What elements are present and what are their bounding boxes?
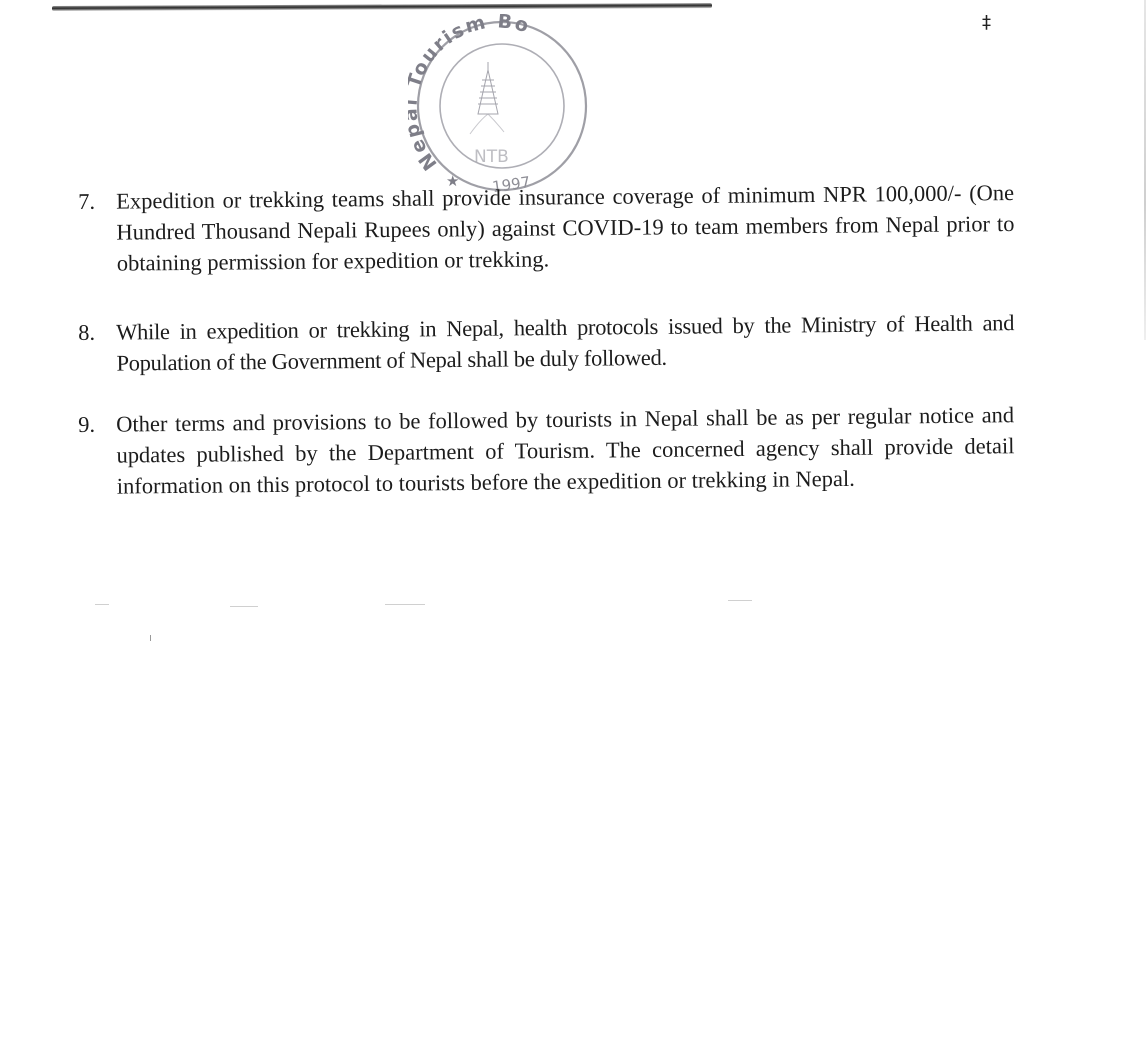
scan-artifact <box>150 635 151 641</box>
pagoda-icon <box>470 62 504 134</box>
scan-artifact <box>230 606 258 607</box>
item-text: Other terms and provisions to be followe… <box>116 402 1015 498</box>
scan-page-edge <box>1144 0 1146 340</box>
stamp-arc-text: Nepal Tourism Bo <box>408 14 533 174</box>
nepal-tourism-board-stamp: Nepal Tourism Bo NTB ★ 1997 <box>408 14 590 194</box>
protocol-list: 7. Expedition or trekking teams shall pr… <box>78 186 1014 502</box>
item-number: 9. <box>78 409 95 440</box>
item-text: While in expedition or trekking in Nepal… <box>116 310 1014 375</box>
scan-artifact <box>95 604 109 605</box>
protocol-item-7: 7. Expedition or trekking teams shall pr… <box>78 177 1015 279</box>
protocol-item-9: 9. Other terms and provisions to be foll… <box>78 399 1015 502</box>
item-number: 7. <box>78 186 95 217</box>
header-rule <box>52 3 712 11</box>
scan-artifact <box>385 604 425 605</box>
page-mark-icon: ‡ <box>982 14 991 32</box>
stamp-initials: NTB <box>474 147 509 167</box>
item-number: 8. <box>78 317 95 348</box>
protocol-item-8: 8. While in expedition or trekking in Ne… <box>78 307 1015 379</box>
item-text: Expedition or trekking teams shall provi… <box>116 180 1014 276</box>
scan-artifact <box>728 600 752 601</box>
svg-text:Nepal Tourism Bo: Nepal Tourism Bo <box>408 14 533 174</box>
